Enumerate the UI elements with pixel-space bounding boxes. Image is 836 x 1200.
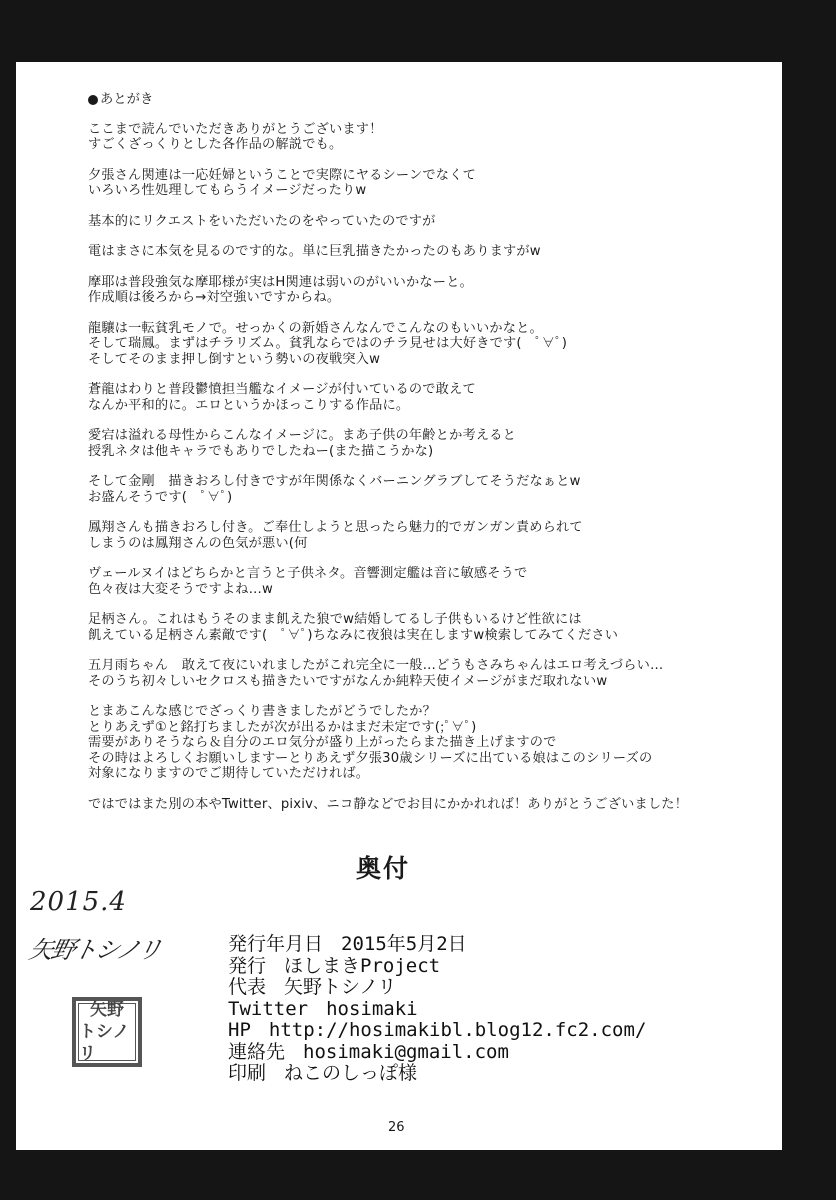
colophon-label: 連絡先	[228, 1042, 285, 1064]
handwritten-signature: 矢野トシノリ	[26, 930, 164, 965]
colophon-row-representative: 代表 矢野トシノリ	[228, 977, 646, 999]
colophon-details: 発行年月日 2015年5月2日 発行 ほしまきProject 代表 矢野トシノリ…	[228, 934, 646, 1085]
page-number: 26	[388, 1120, 405, 1135]
afterword-paragraph: ヴェールヌイはどちらかと言うと子供ネタ。音響測定艦は音に敏感そうで 色々夜は大変…	[88, 566, 768, 597]
colophon-label: HP	[228, 1020, 251, 1042]
afterword-paragraph: ここまで読んでいただきありがとうございます！ すごくざっくりとした各作品の解説で…	[88, 122, 768, 153]
afterword-heading-text: あとがき	[100, 92, 154, 108]
afterword-paragraph: 摩耶は普段強気な摩耶様が実はH関連は弱いのがいいかなーと。 作成順は後ろから→対…	[88, 275, 768, 306]
afterword-paragraph: 夕張さん関連は一応妊婦ということで実際にヤるシーンでなくて いろいろ性処理しても…	[88, 168, 768, 199]
colophon-value: hosimaki	[326, 999, 418, 1021]
afterword-paragraph: 龍驤は一転貧乳モノで。せっかくの新婚さんなんでこんなのもいいかなと。 そして瑞鳳…	[88, 321, 768, 368]
afterword-paragraph: 電はまさに本気を見るのです的な。単に巨乳描きたかったのもありますがw	[88, 244, 768, 260]
afterword-paragraph: 足柄さん。これはもうそのまま飢えた狼でw結婚してるし子供もいるけど性欲には 飢え…	[88, 612, 768, 643]
afterword-heading: あとがき	[88, 92, 768, 108]
handwritten-date: 2015.4	[30, 887, 127, 917]
afterword-closing: ではではまた別の本やTwitter、pixiv、ニコ静などでお目にかかれれば！あ…	[88, 797, 768, 813]
afterword-section: あとがき ここまで読んでいただきありがとうございます！ すごくざっくりとした各作…	[88, 92, 768, 827]
document-page: あとがき ここまで読んでいただきありがとうございます！ すごくざっくりとした各作…	[16, 62, 782, 1150]
afterword-paragraph: 基本的にリクエストをいただいたのをやっていたのですが	[88, 214, 768, 230]
colophon-label: 発行	[228, 956, 266, 978]
colophon-title: 奥付	[356, 849, 410, 885]
colophon-row-printer: 印刷 ねこのしっぽ様	[228, 1063, 646, 1085]
afterword-paragraph: そして金剛 描きおろし付きですが年関係なくバーニングラブしてそうだなぁとw お盛…	[88, 474, 768, 505]
seal-inner: 矢野 トシノリ	[78, 1003, 136, 1061]
afterword-paragraph: 愛宕は溢れる母性からこんなイメージに。まあ子供の年齢とか考えると 授乳ネタは他キ…	[88, 428, 768, 459]
colophon-value: ほしまきProject	[284, 956, 440, 978]
colophon-value: 矢野トシノリ	[284, 977, 396, 999]
colophon-value: http://hosimakibl.blog12.fc2.com/	[269, 1020, 647, 1042]
colophon-row-publish-date: 発行年月日 2015年5月2日	[228, 934, 646, 956]
afterword-paragraph: 五月雨ちゃん 敢えて夜にいれましたがこれ完全に一般…どうもさみちゃんはエロ考えづ…	[88, 658, 768, 689]
afterword-paragraph: 鳳翔さんも描きおろし付き。ご奉仕しようと思ったら魅力的でガンガン責められて しま…	[88, 520, 768, 551]
colophon-label: 印刷	[228, 1063, 266, 1085]
colophon-row-twitter: Twitter hosimaki	[228, 999, 646, 1021]
colophon-row-contact: 連絡先 hosimaki@gmail.com	[228, 1042, 646, 1064]
afterword-paragraph: 蒼龍はわりと普段鬱憤担当艦なイメージが付いているので敢えて なんか平和的に。エロ…	[88, 382, 768, 413]
colophon-label: 代表	[228, 977, 266, 999]
afterword-paragraph: とまあこんな感じでざっくり書きましたがどうでしたか？ とりあえず①と銘打ちました…	[88, 704, 768, 782]
colophon-label: 発行年月日	[228, 934, 323, 956]
colophon-row-publisher: 発行 ほしまきProject	[228, 956, 646, 978]
colophon-value: ねこのしっぽ様	[284, 1063, 417, 1085]
colophon-row-homepage: HP http://hosimakibl.blog12.fc2.com/	[228, 1020, 646, 1042]
seal-line-2: トシノリ	[79, 1021, 135, 1065]
bullet-icon	[88, 95, 98, 105]
author-seal-stamp: 矢野 トシノリ	[72, 997, 142, 1067]
seal-line-1: 矢野	[90, 999, 124, 1021]
colophon-value: hosimaki@gmail.com	[303, 1042, 509, 1064]
colophon-value: 2015年5月2日	[341, 934, 467, 956]
colophon-label: Twitter	[228, 999, 308, 1021]
